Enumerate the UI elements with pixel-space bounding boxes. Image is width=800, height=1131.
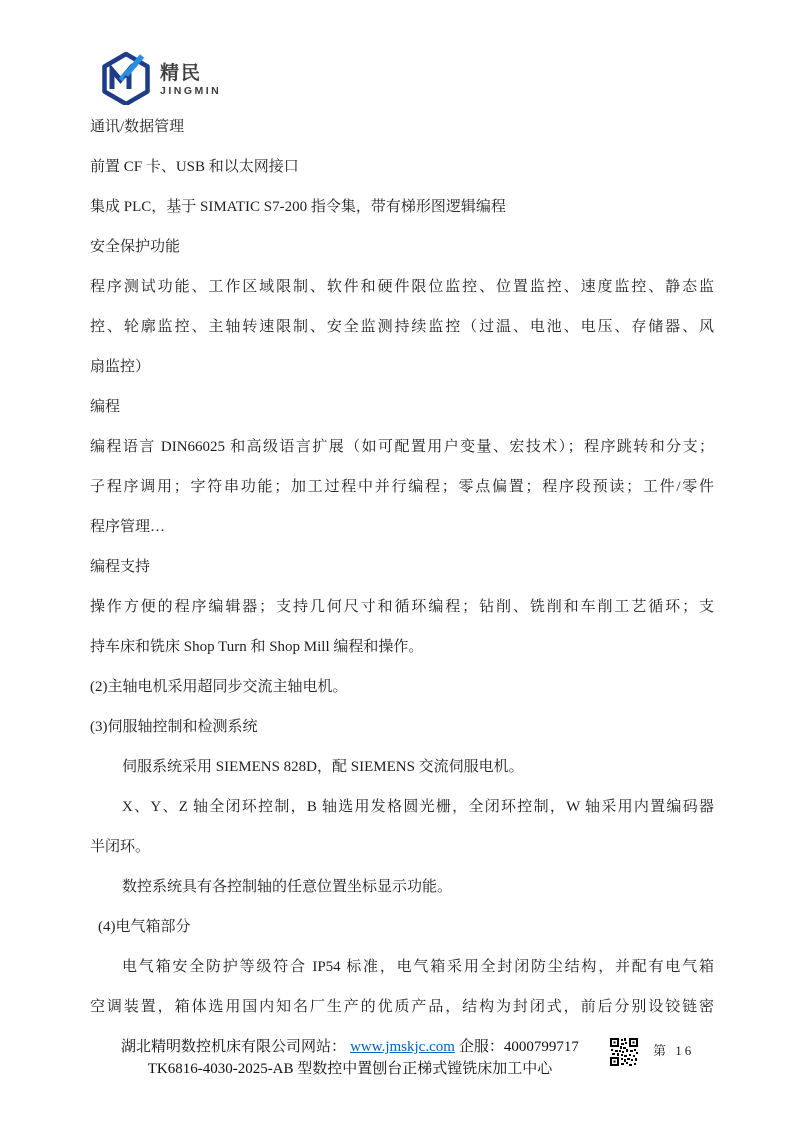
- qr-code-icon: [609, 1037, 639, 1067]
- body-line: 集成 PLC，基于 SIMATIC S7-200 指令集，带有梯形图逻辑编程: [90, 187, 714, 227]
- body-line: 电气箱安全防护等级符合 IP54 标准，电气箱采用全封闭防尘结构，并配有电气箱: [90, 947, 714, 987]
- body-line: 伺服系统采用 SIEMENS 828D，配 SIEMENS 交流伺服电机。: [90, 747, 714, 787]
- page-number: 第 16: [653, 1040, 694, 1059]
- body-line: 控、轮廓监控、主轴转速限制、安全监测持续监控（过温、电池、电压、存储器、风: [90, 307, 714, 347]
- body-line: 程序管理…: [90, 507, 714, 547]
- footer-line2: TK6816-4030-2025-AB 型数控中置刨台正梯式镗铣床加工中心: [90, 1058, 610, 1080]
- body-line: 程序测试功能、工作区域限制、软件和硬件限位监控、位置监控、速度监控、静态监: [90, 267, 714, 307]
- body-line: 扇监控）: [90, 347, 714, 387]
- brand-name-english: JINGMIN: [160, 85, 221, 98]
- body-line: 通讯/数据管理: [90, 107, 714, 147]
- footer-line1: 湖北精明数控机床有限公司网站：www.jmskjc.com企服：40007997…: [90, 1036, 610, 1058]
- body-line: (4)电气箱部分: [90, 907, 714, 947]
- body-line: 编程: [90, 387, 714, 427]
- body-line: 操作方便的程序编辑器；支持几何尺寸和循环编程；钻削、铣削和车削工艺循环；支: [90, 587, 714, 627]
- body-line: 前置 CF 卡、USB 和以太网接口: [90, 147, 714, 187]
- body-line: 子程序调用；字符串功能；加工过程中并行编程；零点偏置；程序段预读；工件/零件: [90, 467, 714, 507]
- body-line: 半闭环。: [90, 827, 714, 867]
- body-line: 持车床和铣床 Shop Turn 和 Shop Mill 编程和操作。: [90, 627, 714, 667]
- brand-name-chinese: 精民: [160, 63, 221, 85]
- body-line: 数控系统具有各控制轴的任意位置坐标显示功能。: [90, 867, 714, 907]
- body-line: (2)主轴电机采用超同步交流主轴电机。: [90, 667, 714, 707]
- footer-service-phone: 企服：4000799717: [459, 1039, 579, 1055]
- document-body: 通讯/数据管理前置 CF 卡、USB 和以太网接口集成 PLC，基于 SIMAT…: [90, 107, 714, 1027]
- body-line: 编程支持: [90, 547, 714, 587]
- document-page: { "logo": { "brand_cn": "精民", "brand_en"…: [0, 0, 800, 1131]
- logo-hexagon-icon: [100, 50, 152, 110]
- body-line: 安全保护功能: [90, 227, 714, 267]
- footer: 湖北精明数控机床有限公司网站：www.jmskjc.com企服：40007997…: [90, 1036, 610, 1080]
- body-line: 编程语言 DIN66025 和高级语言扩展（如可配置用户变量、宏技术）；程序跳转…: [90, 427, 714, 467]
- body-line: 空调装置，箱体选用国内知名厂生产的优质产品，结构为封闭式，前后分别设铰链密: [90, 987, 714, 1027]
- body-line: X、Y、Z 轴全闭环控制，B 轴选用发格圆光栅，全闭环控制，W 轴采用内置编码器: [90, 787, 714, 827]
- website-link[interactable]: www.jmskjc.com: [350, 1039, 455, 1055]
- company-logo: 精民 JINGMIN: [100, 50, 221, 110]
- footer-company: 湖北精明数控机床有限公司网站：: [121, 1039, 346, 1055]
- body-line: (3)伺服轴控制和检测系统: [90, 707, 714, 747]
